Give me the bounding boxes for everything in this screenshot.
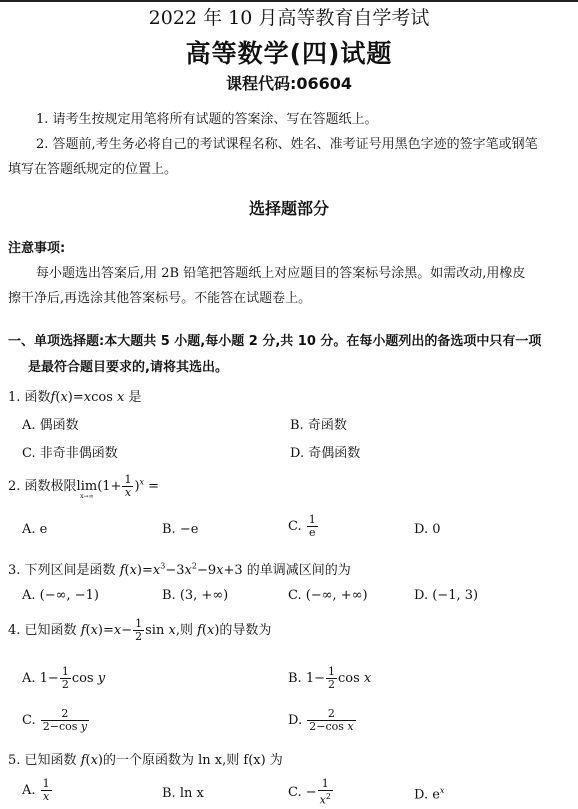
question-4-option-c[interactable]: C. 22−cos y	[22, 708, 90, 733]
course-code: 课程代码:06604	[0, 71, 578, 94]
limit-operator: limx→∞	[77, 479, 98, 494]
question-1-option-a[interactable]: A. 偶函数	[22, 414, 79, 433]
question-4-option-d[interactable]: D. 22−cos x	[288, 708, 357, 733]
question-3-option-b[interactable]: B. (3, +∞)	[162, 588, 228, 603]
question-1-option-c[interactable]: C. 非奇非偶函数	[22, 442, 118, 461]
fraction: 1x	[122, 474, 133, 499]
question-3-option-d[interactable]: D. (−1, 3)	[414, 588, 478, 603]
part1-heading: 一、单项选择题:本大题共 5 小题,每小题 2 分,共 10 分。在每小题列出的…	[8, 330, 541, 349]
exam-title: 2022 年 10 月高等教育自学考试	[0, 3, 578, 30]
question-1-option-d[interactable]: D. 奇偶函数	[290, 442, 360, 461]
question-4-stem: 4. 已知函数 f(x)=x−12sin x,则 f(x)的导数为	[8, 618, 271, 643]
top-border-line	[0, 0, 578, 2]
question-5-option-d[interactable]: D. ex	[414, 786, 444, 802]
question-1-stem: 1. 函数f(x)=xcos x 是	[8, 386, 142, 405]
section-title: 选择题部分	[0, 196, 578, 219]
instruction-2-cont: 填写在答题纸规定的位置上。	[8, 158, 177, 177]
question-5-option-a[interactable]: A. 1x	[22, 778, 53, 803]
question-3-stem: 3. 下列区间是函数 f(x)=x3−3x2−9x+3 的单调减区间的为	[8, 559, 351, 578]
question-1-option-b[interactable]: B. 奇函数	[290, 414, 347, 433]
question-2-stem: 2. 函数极限limx→∞(1+1x)x =	[8, 474, 159, 499]
question-2-option-d[interactable]: D. 0	[414, 522, 441, 537]
instruction-2: 2. 答题前,考生务必将自己的考试课程名称、姓名、准考证号用黑色字迹的签字笔或钢…	[36, 133, 538, 152]
notice-line-1: 每小题选出答案后,用 2B 铅笔把答题纸上对应题目的答案标号涂黑。如需改动,用橡…	[36, 262, 525, 281]
question-2-option-b[interactable]: B. −e	[162, 522, 198, 537]
question-2-option-c[interactable]: C. 1e	[288, 514, 319, 539]
question-3-option-c[interactable]: C. (−∞, +∞)	[288, 588, 368, 603]
question-2-option-a[interactable]: A. e	[22, 522, 47, 537]
question-5-option-b[interactable]: B. ln x	[162, 786, 204, 801]
paper-title: 高等数学(四)试题	[0, 34, 578, 70]
question-4-option-b[interactable]: B. 1−12cos x	[288, 666, 371, 691]
question-3-option-a[interactable]: A. (−∞, −1)	[22, 588, 99, 603]
notice-line-2: 擦干净后,再选涂其他答案标号。不能答在试题卷上。	[8, 287, 311, 306]
notice-label: 注意事项:	[8, 237, 65, 256]
question-4-option-a[interactable]: A. 1−12cos y	[22, 666, 105, 691]
question-5-option-c[interactable]: C. −1x2	[288, 778, 334, 807]
part1-heading-cont: 是最符合题目要求的,请将其选出。	[28, 356, 228, 375]
instruction-1: 1. 请考生按规定用笔将所有试题的答案涂、写在答题纸上。	[36, 108, 378, 127]
question-5-stem: 5. 已知函数 f(x)的一个原函数为 ln x,则 f(x) 为	[8, 749, 283, 768]
